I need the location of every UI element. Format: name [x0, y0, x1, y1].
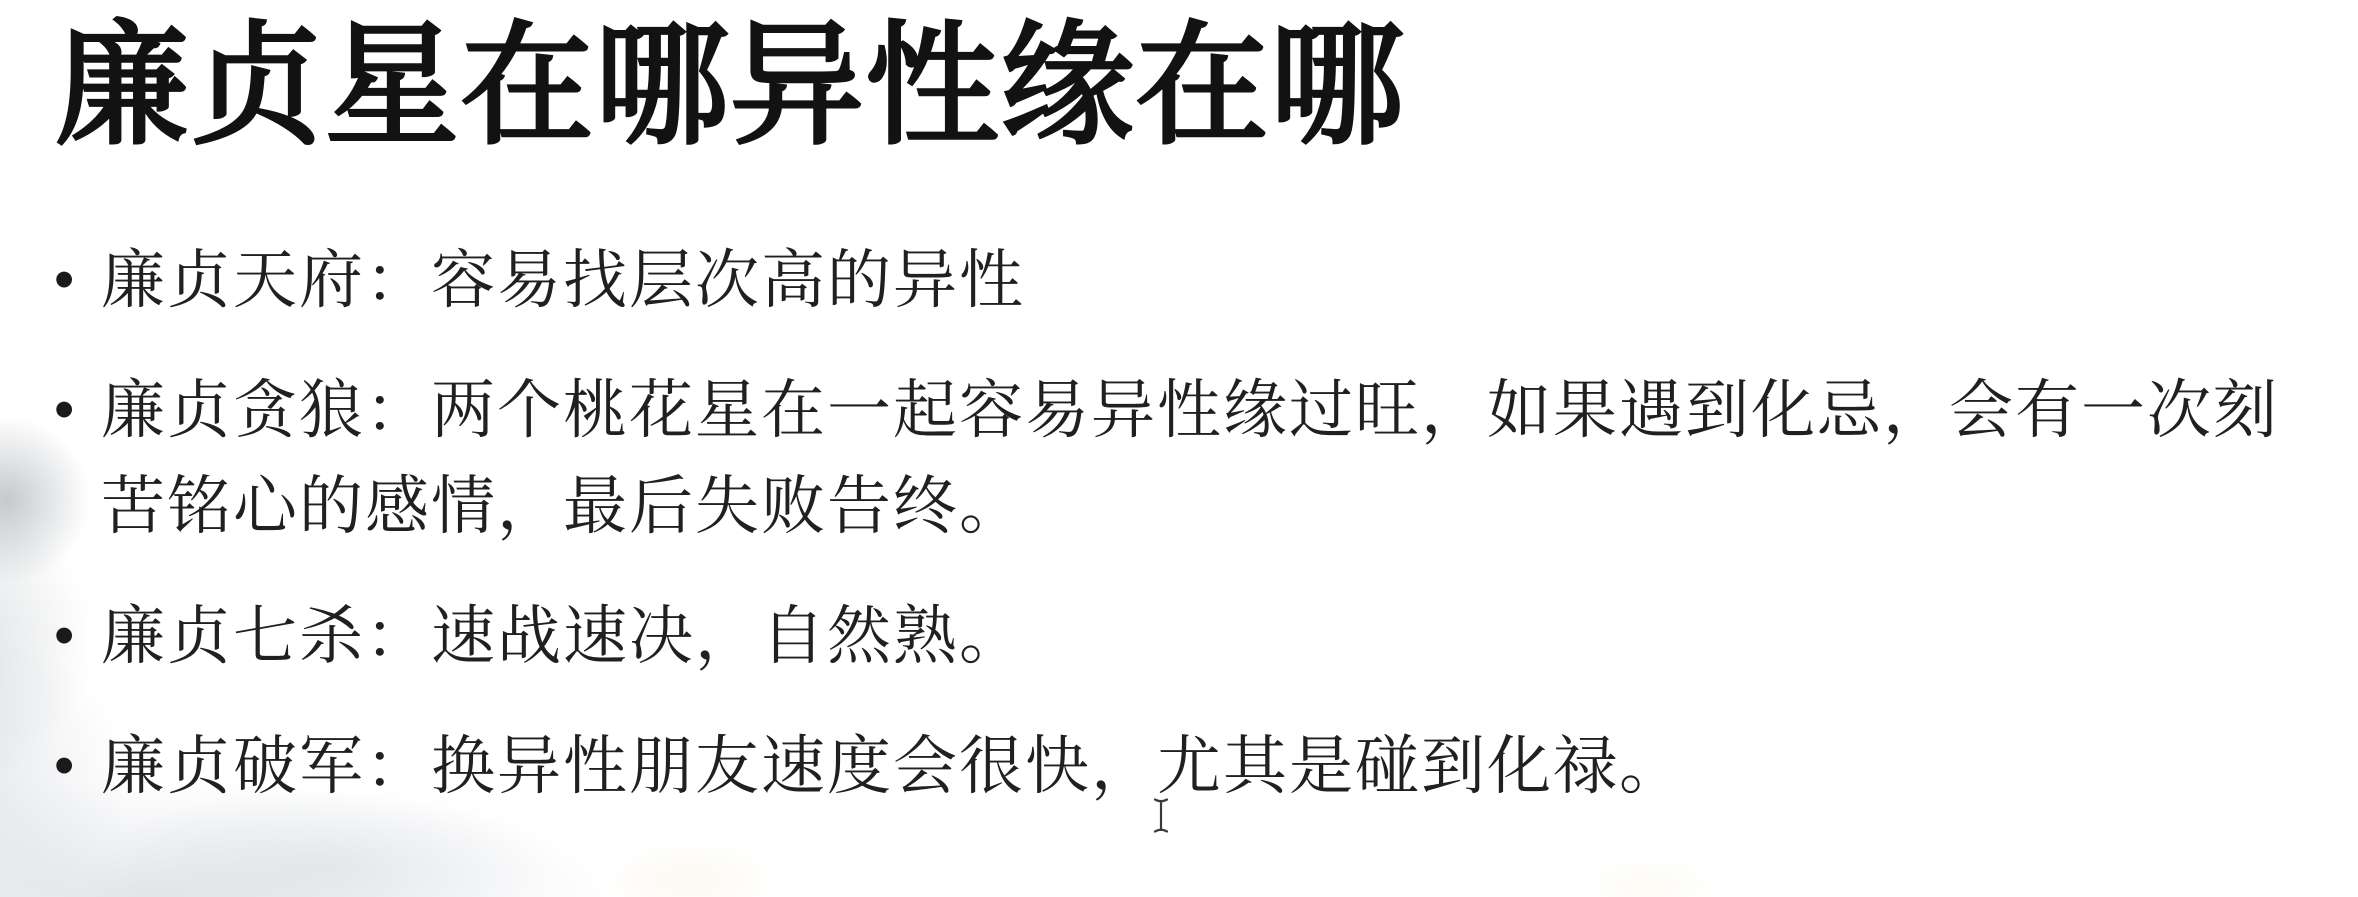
page-title: 廉贞星在哪异性缘在哪: [55, 8, 1405, 166]
text-cursor-ibeam-icon: [1152, 797, 1170, 834]
list-item: • 廉贞破军：换异性朋友速度会很快，尤其是碰到化禄。: [54, 718, 2324, 814]
bullet-dot-icon: •: [54, 362, 94, 458]
list-item: • 廉贞贪狼：两个桃花星在一起容易异性缘过旺，如果遇到化忌，会有一次刻苦铭心的感…: [54, 362, 2324, 554]
list-item: • 廉贞七杀：速战速决，自然熟。: [54, 588, 2324, 684]
bullet-text: 廉贞七杀：速战速决，自然熟。: [101, 600, 1025, 672]
list-item: • 廉贞天府：容易找层次高的异性: [54, 232, 2324, 328]
bullet-dot-icon: •: [54, 232, 94, 328]
bullet-text: 廉贞破军：换异性朋友速度会很快，尤其是碰到化禄。: [101, 730, 1685, 802]
bullet-dot-icon: •: [54, 588, 94, 684]
bullet-list: • 廉贞天府：容易找层次高的异性 • 廉贞贪狼：两个桃花星在一起容易异性缘过旺，…: [54, 232, 2324, 848]
bullet-text: 廉贞天府：容易找层次高的异性: [101, 244, 1025, 316]
slide: 廉贞星在哪异性缘在哪 • 廉贞天府：容易找层次高的异性 • 廉贞贪狼：两个桃花星…: [0, 0, 2358, 897]
bullet-text: 廉贞贪狼：两个桃花星在一起容易异性缘过旺，如果遇到化忌，会有一次刻苦铭心的感情，…: [101, 374, 2279, 542]
bullet-dot-icon: •: [54, 718, 94, 814]
